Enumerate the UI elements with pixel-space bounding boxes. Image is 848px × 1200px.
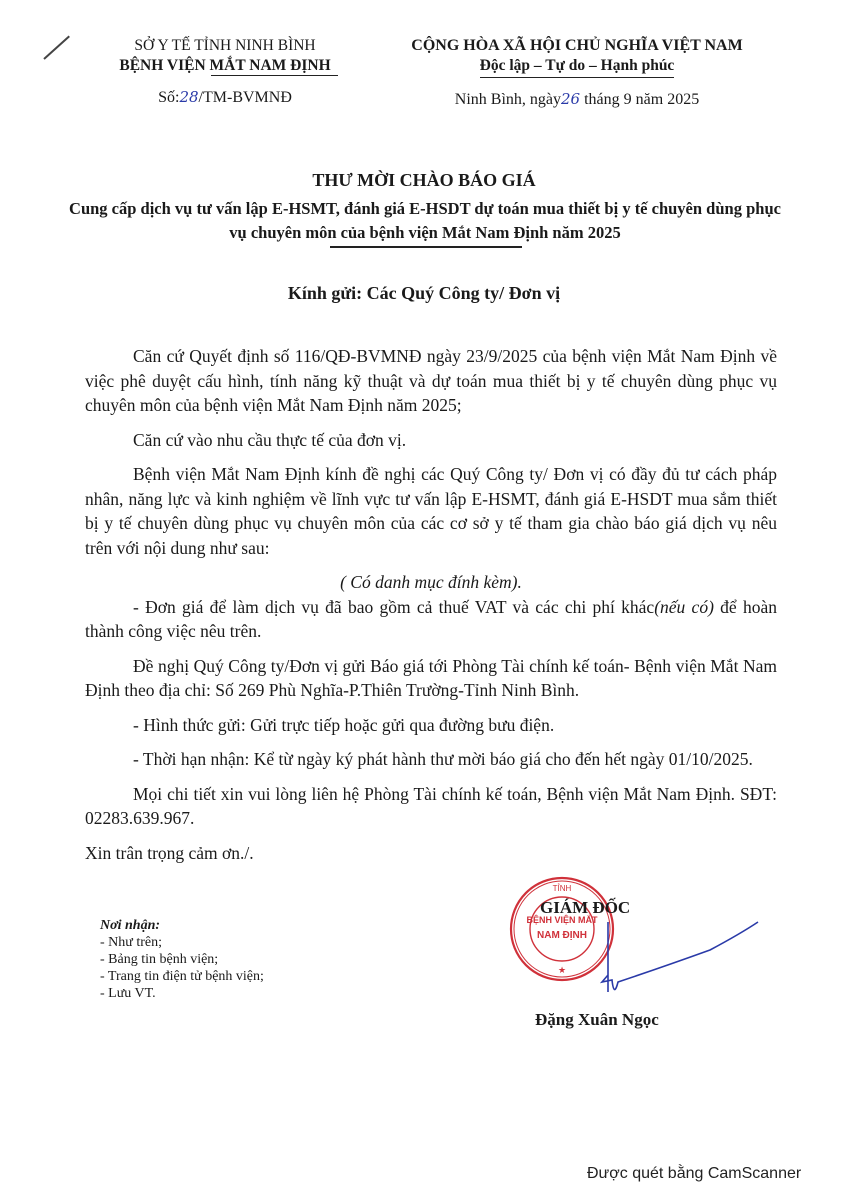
paragraph-basis-needs: Căn cứ vào nhu cầu thực tế của đơn vị.	[85, 428, 777, 453]
paragraph-deadline: - Thời hạn nhận: Kể từ ngày ký phát hành…	[85, 747, 777, 772]
hospital-underline	[211, 75, 338, 76]
letter-body: Căn cứ Quyết định số 116/QĐ-BVMNĐ ngày 2…	[85, 344, 777, 865]
recipient-line: Kính gửi: Các Quý Công ty/ Đơn vị	[0, 283, 848, 304]
national-header: CỘNG HÒA XÃ HỘI CHỦ NGHĨA VIỆT NAM Độc l…	[372, 36, 782, 109]
scanner-watermark: Được quét bằng CamScanner	[587, 1165, 801, 1183]
ministry-name: SỞ Y TẾ TỈNH NINH BÌNH	[60, 36, 390, 56]
document-title: THƯ MỜI CHÀO BÁO GIÁ	[0, 170, 848, 191]
recipients-heading: Nơi nhận:	[100, 917, 264, 934]
handwritten-day: 26	[561, 90, 580, 108]
issuer-header: SỞ Y TẾ TỈNH NINH BÌNH BỆNH VIỆN MẮT NAM…	[60, 36, 390, 107]
svg-text:NAM ĐỊNH: NAM ĐỊNH	[537, 930, 587, 941]
attachment-note: ( Có danh mục đính kèm).	[85, 570, 777, 595]
document-number: Số:28/TM-BVMNĐ	[60, 88, 390, 107]
paragraph-submission-address: Đề nghị Quý Công ty/Đơn vị gửi Báo giá t…	[85, 654, 777, 703]
recipient-item: - Trang tin điện tử bệnh viện;	[100, 968, 264, 985]
closing-thanks: Xin trân trọng cảm ơn./.	[85, 841, 777, 866]
svg-text:TỈNH: TỈNH	[553, 884, 572, 893]
hospital-name: BỆNH VIỆN MẮT NAM ĐỊNH	[60, 56, 390, 76]
document-subtitle: Cung cấp dịch vụ tư vấn lập E-HSMT, đánh…	[60, 197, 790, 245]
recipient-item: - Bảng tin bệnh viện;	[100, 951, 264, 968]
paragraph-submission-method: - Hình thức gửi: Gửi trực tiếp hoặc gửi …	[85, 713, 777, 738]
paragraph-basis-decision: Căn cứ Quyết định số 116/QĐ-BVMNĐ ngày 2…	[85, 344, 777, 418]
place-date: Ninh Bình, ngày26 tháng 9 năm 2025	[372, 90, 782, 109]
national-motto: Độc lập – Tự do – Hạnh phúc	[480, 56, 675, 78]
paragraph-price-note: - Đơn giá để làm dịch vụ đã bao gồm cả t…	[85, 595, 777, 644]
signature-scribble-icon	[600, 920, 760, 1000]
signatory-title: GIÁM ĐỐC	[540, 898, 630, 918]
recipient-item: - Lưu VT.	[100, 985, 264, 1002]
handwritten-number: 28	[179, 88, 198, 106]
country-name: CỘNG HÒA XÃ HỘI CHỦ NGHĨA VIỆT NAM	[372, 36, 782, 56]
recipients-block: Nơi nhận: - Như trên; - Bảng tin bệnh vi…	[100, 917, 264, 1002]
signatory-name: Đặng Xuân Ngọc	[535, 1010, 659, 1030]
svg-text:★: ★	[558, 965, 566, 975]
paragraph-contact: Mọi chi tiết xin vui lòng liên hệ Phòng …	[85, 782, 777, 831]
recipient-item: - Như trên;	[100, 934, 264, 951]
subtitle-underline	[330, 246, 522, 248]
paragraph-invitation: Bệnh viện Mắt Nam Định kính đề nghị các …	[85, 462, 777, 560]
